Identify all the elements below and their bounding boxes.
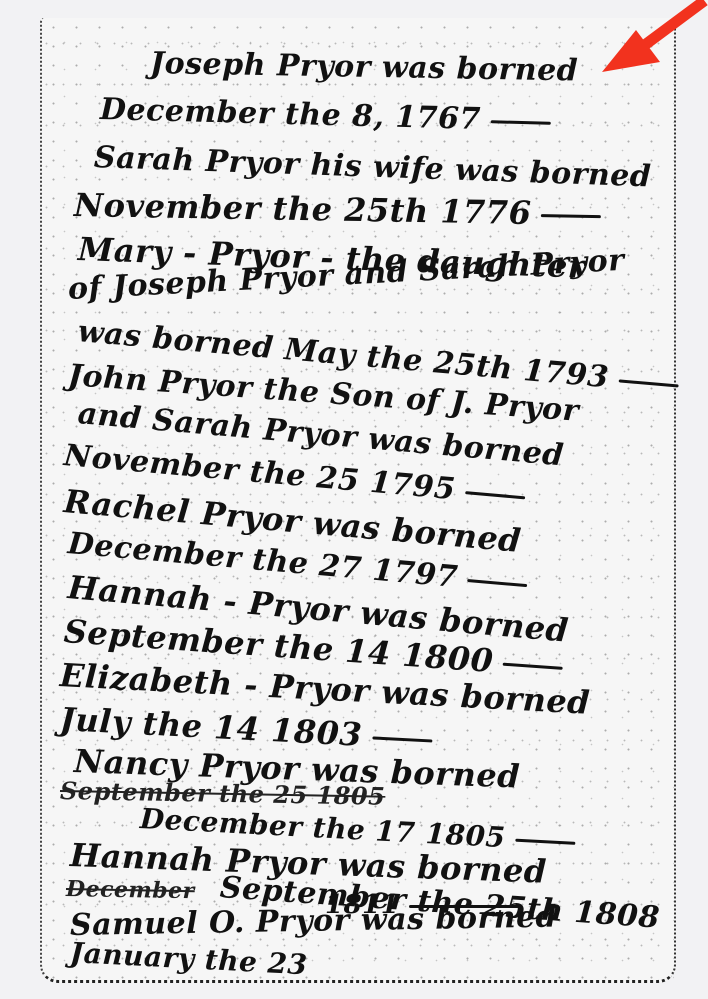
register-line: November the 25th 1776 — [74, 186, 602, 233]
dash-mark — [618, 379, 678, 387]
dash-mark — [515, 839, 575, 845]
register-line: 1811 — [325, 890, 519, 920]
dash-mark — [503, 663, 563, 670]
dash-mark — [465, 491, 525, 499]
register-line: December the 8, 1767 — [100, 92, 552, 139]
dash-mark — [409, 905, 519, 908]
dash-mark — [491, 120, 551, 125]
dash-mark — [372, 736, 432, 742]
register-line: January the 23 — [69, 936, 308, 981]
register-line-struck: December — [66, 876, 195, 904]
red-arrow-annotation-icon — [598, 0, 708, 76]
dash-mark — [541, 214, 601, 218]
dash-mark — [468, 578, 528, 586]
register-line: Joseph Pryor was borned — [150, 46, 579, 88]
register-line: Sarah Pryor his wife was borned — [93, 140, 652, 194]
scanned-document-page: Joseph Pryor was borned December the 8, … — [40, 18, 676, 983]
